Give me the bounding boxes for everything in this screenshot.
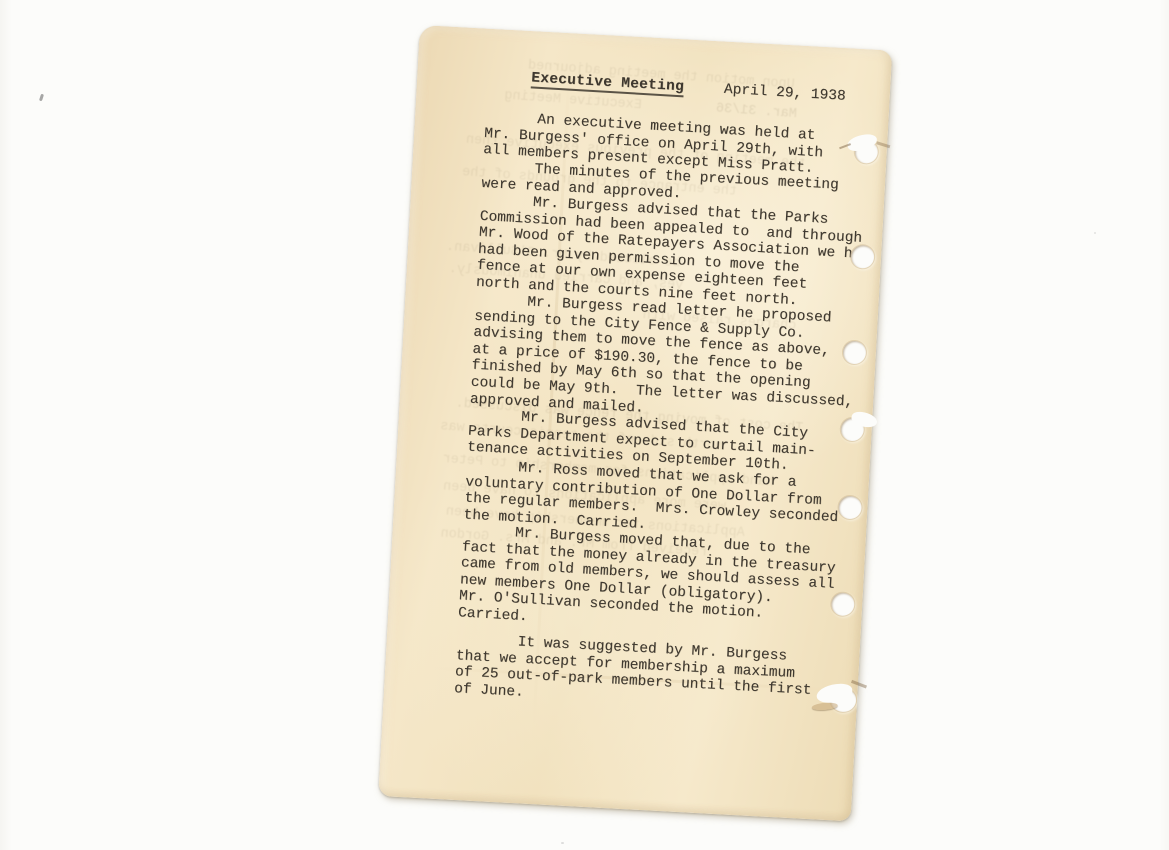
paper-tear (850, 410, 878, 430)
paragraph-text: Mr. Burgess read letter he proposed send… (469, 292, 875, 429)
bleedthrough-layer: Upon motion the meeting adjourned Mar. 3… (420, 25, 892, 51)
scan-speck (1094, 232, 1096, 234)
document-date: April 29, 1938 (724, 82, 847, 105)
paragraph-text: Mr. Burgess moved that, due to the fact … (458, 523, 863, 645)
typewritten-text-block: Executive MeetingApril 29, 1938 An execu… (454, 69, 887, 719)
scanned-page: Upon motion the meeting adjourned Mar. 3… (378, 25, 892, 821)
scan-speck (561, 842, 564, 844)
document-body: An executive meeting was held at Mr. Bur… (454, 109, 885, 719)
paragraph-text: It was suggested by Mr. Burgess that we … (454, 631, 857, 718)
scanner-background: { "document": { "title": "Executive Meet… (0, 0, 1169, 850)
scan-speck (39, 94, 44, 102)
